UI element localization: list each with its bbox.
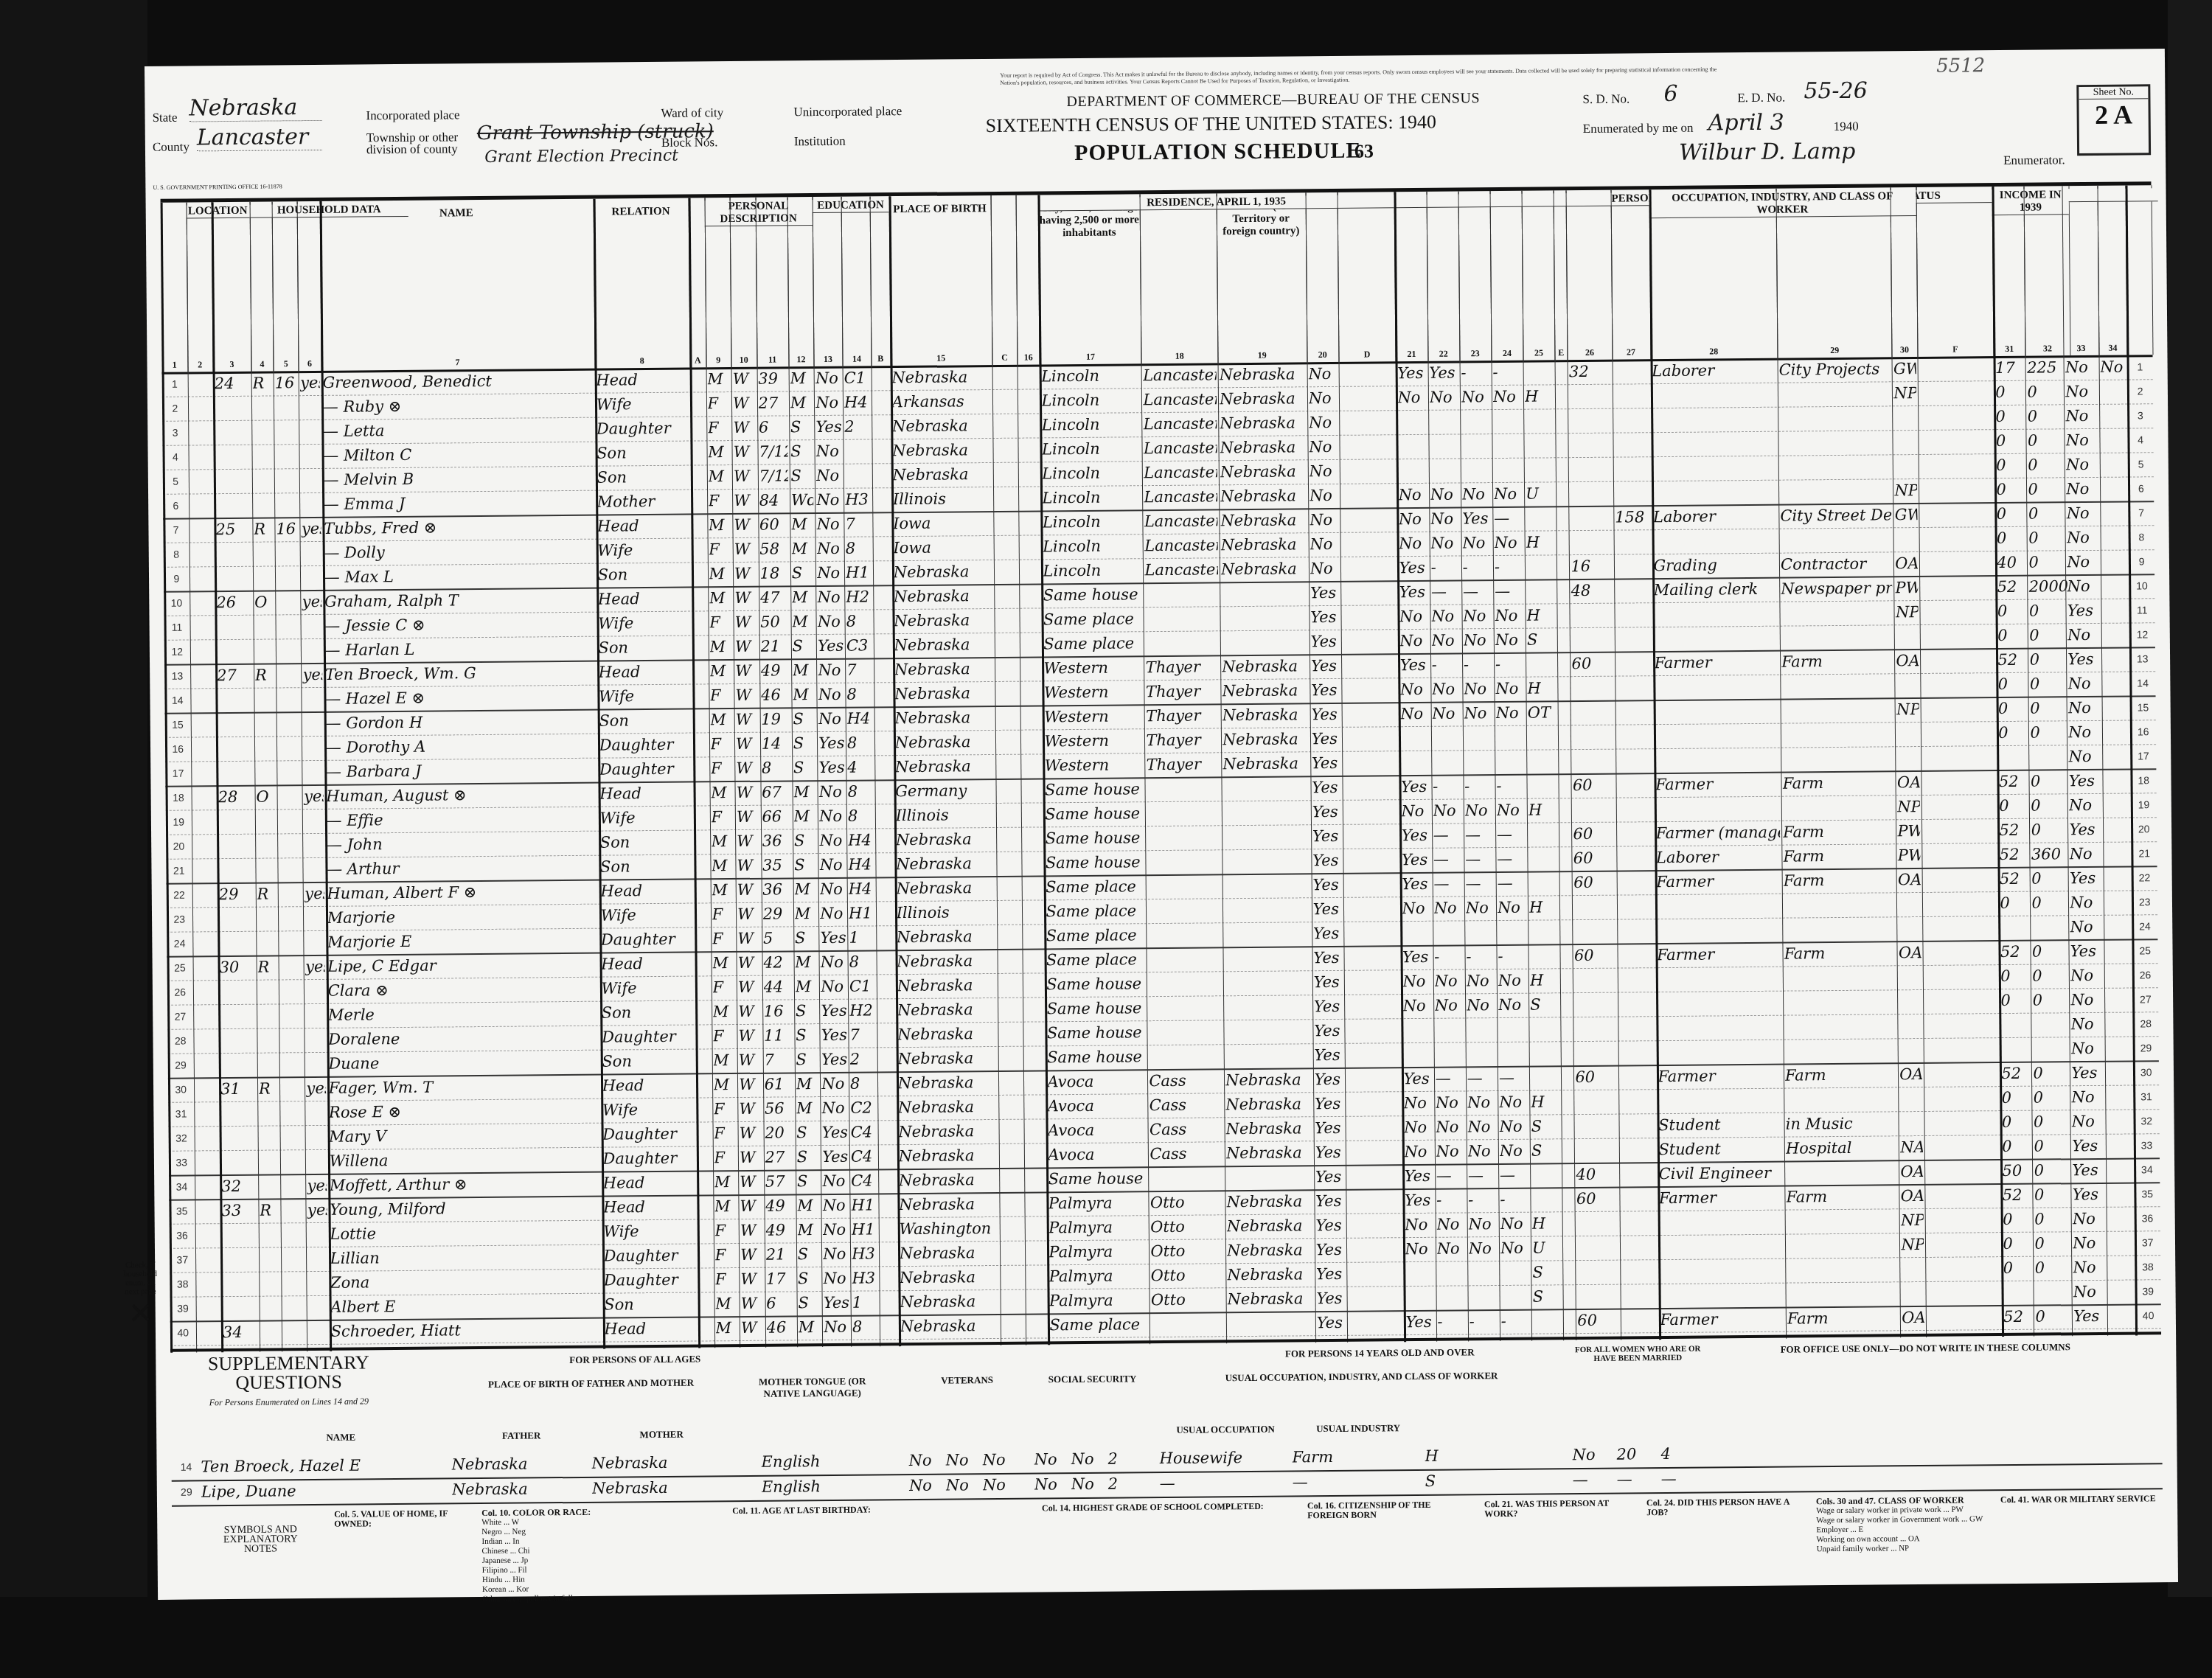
cell-c22: No bbox=[1433, 798, 1461, 823]
cell-res_county bbox=[1145, 630, 1219, 655]
cell-house bbox=[220, 980, 255, 1004]
cell-c24: No bbox=[1495, 701, 1524, 725]
supp-cell-father: Nebraska bbox=[452, 1477, 592, 1503]
cell-school: No bbox=[815, 391, 841, 415]
cell-line: 19 bbox=[2132, 793, 2155, 817]
cell-c21: No bbox=[1399, 629, 1428, 653]
cell-mar: M bbox=[795, 975, 818, 999]
cell-c21: Yes bbox=[1401, 775, 1430, 799]
cell-owned bbox=[257, 857, 276, 882]
cell-farm bbox=[302, 565, 321, 590]
cell-age: 44 bbox=[763, 975, 792, 999]
section-header: OCCUPATION, INDUSTRY, AND CLASS OF WORKE… bbox=[1649, 190, 1916, 218]
cell-owned bbox=[254, 541, 273, 565]
cell-race: W bbox=[736, 732, 759, 756]
cell-c31: 0 bbox=[1997, 502, 2025, 526]
cell-c32: 0 bbox=[2031, 866, 2073, 891]
cell-res_state: Nebraska bbox=[1220, 435, 1306, 460]
cell-res_county bbox=[1147, 776, 1220, 801]
cell-house: 30 bbox=[220, 955, 255, 980]
cell-ind bbox=[1784, 989, 1896, 1014]
cell-c27 bbox=[1620, 1113, 1655, 1138]
stamp-number: 5512 bbox=[1936, 55, 1985, 77]
cell-school: No bbox=[816, 439, 842, 464]
cell-sex: M bbox=[714, 1194, 737, 1219]
cell-c32 bbox=[2033, 1012, 2075, 1037]
supplementary-heading: SUPPLEMENTARY QUESTIONS bbox=[178, 1353, 399, 1393]
cell-res_state bbox=[1222, 630, 1308, 655]
cell-c26 bbox=[1571, 530, 1613, 554]
cell-birth: Nebraska bbox=[894, 633, 992, 658]
cell-farm bbox=[303, 711, 322, 736]
cell-c23: No bbox=[1461, 385, 1490, 409]
cell-cls: NP bbox=[1896, 600, 1919, 624]
cell-c22: - bbox=[1432, 652, 1461, 677]
cell-c27 bbox=[1616, 675, 1652, 700]
note-col16: Col. 16. CITIZENSHIP OF THE FOREIGN BORN bbox=[1307, 1500, 1470, 1520]
enumerated-year: 1940 bbox=[1834, 119, 1859, 134]
cell-c24: No bbox=[1499, 1115, 1528, 1139]
col-header-street: 2 bbox=[186, 202, 214, 372]
cell-name: Schroeder, Hiatt bbox=[330, 1317, 601, 1344]
supp-cell-occ: — bbox=[1160, 1470, 1293, 1496]
cell-c23: - bbox=[1463, 555, 1492, 579]
cell-c25 bbox=[1526, 457, 1554, 481]
cell-rel: Head bbox=[599, 660, 692, 685]
cell-ind bbox=[1781, 673, 1893, 698]
cell-res_city: Same house bbox=[1048, 1166, 1147, 1191]
cell-c34 bbox=[2101, 404, 2126, 428]
note-col30: Cols. 30 and 47. CLASS OF WORKERWage or … bbox=[1816, 1495, 1986, 1554]
cell-res_state: Nebraska bbox=[1222, 678, 1308, 703]
cell-owned bbox=[256, 736, 275, 760]
cell-occ: Laborer bbox=[1653, 504, 1778, 529]
cell-house bbox=[215, 469, 251, 493]
cell-res_city: Lincoln bbox=[1042, 461, 1141, 486]
note-col16-title: Col. 16. CITIZENSHIP OF THE FOREIGN BORN bbox=[1307, 1500, 1470, 1520]
cell-res_state: Nebraska bbox=[1220, 532, 1307, 557]
cell-res_county: Lancaster bbox=[1143, 363, 1217, 388]
cell-sex: M bbox=[709, 635, 732, 659]
cell-grade: 8 bbox=[846, 682, 872, 706]
cell-mar: S bbox=[796, 1048, 818, 1072]
cell-cls bbox=[1894, 430, 1917, 454]
cell-c26 bbox=[1576, 1138, 1618, 1163]
enumerated-date: April 3 bbox=[1708, 110, 1784, 136]
cell-c34 bbox=[2107, 1158, 2133, 1183]
col-header-res_state: STATE (or Territory or foreign country)1… bbox=[1216, 192, 1307, 363]
cell-cls: OA bbox=[1896, 649, 1919, 673]
cell-c22: No bbox=[1436, 1212, 1465, 1236]
cell-c27 bbox=[1615, 602, 1651, 627]
cell-race: W bbox=[738, 1024, 761, 1048]
section-header: EDUCATION bbox=[813, 199, 889, 213]
note-col21-title: Col. 21. WAS THIS PERSON AT WORK? bbox=[1484, 1498, 1632, 1519]
cell-age: 7 bbox=[764, 1048, 793, 1072]
cell-c21 bbox=[1398, 410, 1427, 434]
cell-c21: No bbox=[1401, 799, 1430, 824]
supp-cell-c49: 20 bbox=[1616, 1442, 1660, 1467]
col-number: 19 bbox=[1217, 349, 1307, 361]
cell-cls: OA bbox=[1899, 941, 1921, 965]
cell-ind: Contractor bbox=[1781, 551, 1893, 577]
cell-rel: Head bbox=[603, 1171, 696, 1196]
cell-birth: Nebraska bbox=[898, 1070, 997, 1096]
cell-c24 bbox=[1498, 1042, 1527, 1066]
cell-c33: No bbox=[2066, 501, 2098, 526]
cell-occ bbox=[1655, 796, 1780, 821]
cell-mar: M bbox=[791, 537, 814, 561]
cell-cls: OA bbox=[1902, 1306, 1924, 1330]
cell-c32 bbox=[2033, 1037, 2075, 1061]
cell-value bbox=[278, 736, 301, 760]
cell-c32: 0 bbox=[2028, 428, 2070, 453]
cell-cls: PW bbox=[1895, 576, 1918, 600]
cell-line: 31 bbox=[2135, 1085, 2158, 1109]
cell-age: 50 bbox=[760, 610, 789, 634]
mother-tongue-header: MOTHER TONGUE (OR NATIVE LANGUAGE) bbox=[746, 1375, 879, 1400]
cell-name: Graham, Ralph T bbox=[324, 588, 595, 614]
cell-school: No bbox=[816, 464, 842, 488]
cell-grade: H3 bbox=[845, 487, 871, 512]
cell-farm bbox=[307, 1125, 326, 1149]
cell-c27 bbox=[1620, 1089, 1655, 1113]
cell-c26 bbox=[1574, 992, 1616, 1017]
col-header-c34: 34 bbox=[2097, 186, 2128, 355]
cell-owned bbox=[253, 445, 272, 469]
cell-c24: No bbox=[1494, 531, 1523, 555]
cell-c32: 0 bbox=[2028, 501, 2070, 526]
supp-cell-c41: No bbox=[983, 1473, 1020, 1497]
cell-cls: OA bbox=[1898, 868, 1921, 892]
cell-race: W bbox=[737, 902, 760, 927]
cell-c21: No bbox=[1398, 483, 1427, 507]
col-number: 5 bbox=[273, 358, 299, 369]
cell-c27 bbox=[1619, 1040, 1655, 1065]
cell-line: 40 bbox=[2137, 1303, 2160, 1328]
cell-house bbox=[216, 542, 251, 566]
cell-res_state: Nebraska bbox=[1220, 386, 1306, 411]
cell-birth: Nebraska bbox=[894, 608, 992, 633]
cell-c23 bbox=[1461, 434, 1490, 458]
cell-cls: PW bbox=[1898, 843, 1921, 868]
cell-value bbox=[276, 590, 299, 614]
cell-c33: Yes bbox=[2067, 599, 2100, 623]
cell-c34 bbox=[2104, 818, 2130, 842]
cell-line: 18 bbox=[2132, 768, 2155, 793]
cell-school: No bbox=[822, 1169, 848, 1194]
cell-res_state bbox=[1224, 897, 1310, 922]
cell-c23 bbox=[1464, 725, 1493, 750]
supp-cell-c39: No bbox=[908, 1449, 945, 1473]
cell-c26 bbox=[1576, 1114, 1618, 1138]
cell-birth: Nebraska bbox=[894, 657, 993, 682]
cell-c26 bbox=[1573, 749, 1615, 773]
cell-age: 49 bbox=[761, 658, 790, 683]
cell-farm bbox=[308, 1295, 327, 1320]
cell-cls bbox=[1900, 1111, 1923, 1135]
cell-line: 10 bbox=[2131, 574, 2154, 598]
cell-c24 bbox=[1493, 434, 1522, 458]
cell-c33: No bbox=[2067, 623, 2100, 647]
cell-line: 6 bbox=[2129, 476, 2152, 501]
col-number: A bbox=[689, 355, 706, 366]
cell-c23: No bbox=[1466, 896, 1495, 920]
cell-value bbox=[279, 809, 302, 833]
cell-c27 bbox=[1618, 846, 1653, 870]
cell-age: 19 bbox=[761, 707, 790, 731]
cell-occ: Civil Engineer bbox=[1659, 1161, 1784, 1186]
cell-c33: Yes bbox=[2073, 1183, 2105, 1207]
cell-c22: No bbox=[1437, 1236, 1466, 1261]
cell-grade: 8 bbox=[847, 731, 873, 755]
cell-c33: Yes bbox=[2067, 647, 2100, 672]
cell-name: Tubbs, Fred ⊗ bbox=[324, 515, 594, 541]
cell-name: — Max L bbox=[324, 563, 595, 590]
cell-cls bbox=[1899, 1038, 1922, 1062]
cell-c24 bbox=[1500, 1285, 1529, 1309]
cell-c24: — bbox=[1497, 871, 1526, 896]
cell-rel: Daughter bbox=[597, 417, 689, 442]
cell-age: 17 bbox=[766, 1267, 795, 1291]
cross-mark-icon: ✕ bbox=[119, 1296, 163, 1331]
cell-farm35: Yes bbox=[1311, 654, 1340, 678]
cell-mar: M bbox=[796, 1072, 819, 1096]
cell-race: W bbox=[735, 683, 758, 708]
cell-c23: — bbox=[1468, 1163, 1497, 1188]
cell-school: Yes bbox=[822, 1145, 848, 1169]
cell-birth: Nebraska bbox=[894, 584, 992, 609]
cell-c33: Yes bbox=[2069, 818, 2101, 842]
cell-c31: 40 bbox=[1997, 551, 2025, 575]
cell-cls bbox=[1893, 405, 1916, 430]
cell-name: Young, Milford bbox=[330, 1196, 600, 1222]
cell-age: 20 bbox=[765, 1121, 793, 1145]
cell-birth: Washington bbox=[899, 1216, 998, 1242]
cell-value bbox=[282, 1149, 305, 1174]
cell-c23: No bbox=[1467, 993, 1495, 1017]
cell-occ bbox=[1660, 1283, 1784, 1308]
cell-sex: F bbox=[711, 756, 734, 781]
cell-c24: No bbox=[1495, 677, 1524, 701]
cell-c22: No bbox=[1431, 604, 1460, 628]
cell-farm bbox=[302, 541, 321, 565]
cell-race: W bbox=[740, 1121, 762, 1146]
cell-c33: No bbox=[2067, 526, 2099, 550]
cell-c23: - bbox=[1468, 1188, 1497, 1212]
cell-rel: Daughter bbox=[604, 1244, 697, 1269]
social-security-header: SOCIAL SECURITY bbox=[1033, 1373, 1151, 1385]
cell-line: 34 bbox=[2135, 1157, 2158, 1182]
schedule-title: POPULATION SCHEDULE bbox=[1074, 139, 1362, 166]
cell-value bbox=[275, 395, 298, 419]
cell-res_city: Western bbox=[1044, 728, 1143, 753]
cell-line: 18 bbox=[167, 785, 189, 810]
cell-value bbox=[279, 930, 302, 955]
cell-cls: OA bbox=[1897, 770, 1920, 795]
cell-c32: 225 bbox=[2027, 355, 2069, 380]
cell-c31 bbox=[1998, 745, 2027, 770]
cell-line: 10 bbox=[165, 591, 188, 616]
cell-cls bbox=[1894, 454, 1917, 478]
cell-c33: No bbox=[2073, 1231, 2105, 1256]
cell-c34 bbox=[2101, 453, 2126, 477]
cell-house bbox=[221, 1150, 257, 1174]
cell-value bbox=[277, 663, 300, 687]
township-correction: Grant Election Precinct bbox=[484, 147, 678, 167]
cell-c27 bbox=[1614, 456, 1649, 481]
cell-race: W bbox=[740, 1170, 762, 1194]
cell-farm35: Yes bbox=[1311, 678, 1340, 703]
cell-school: No bbox=[821, 975, 846, 999]
cell-race: W bbox=[734, 513, 757, 537]
cell-c24: No bbox=[1500, 1139, 1528, 1163]
cell-c26: 60 bbox=[1573, 871, 1615, 895]
cell-school: No bbox=[818, 610, 844, 634]
cell-age: 66 bbox=[762, 804, 790, 829]
cell-ind bbox=[1781, 527, 1893, 552]
cell-c32: 0 bbox=[2034, 1110, 2076, 1134]
enumerated-label: Enumerated by me on bbox=[1583, 121, 1694, 136]
cell-name: — Jessie C ⊗ bbox=[324, 612, 595, 638]
cell-race: W bbox=[738, 975, 761, 1000]
cell-c32: 0 bbox=[2034, 1134, 2076, 1158]
cell-value bbox=[279, 906, 302, 930]
cell-line: 28 bbox=[2135, 1012, 2157, 1036]
cell-c25: S bbox=[1531, 1114, 1559, 1138]
cell-sex: F bbox=[713, 1024, 736, 1048]
note-col11-title: Col. 11. AGE AT LAST BIRTHDAY: bbox=[732, 1504, 1027, 1516]
col-number: 30 bbox=[1892, 344, 1918, 355]
cell-c25 bbox=[1525, 408, 1554, 433]
cell-c24 bbox=[1496, 750, 1525, 774]
section-header: HOUSEHOLD DATA bbox=[249, 203, 408, 218]
cell-c24 bbox=[1498, 1017, 1527, 1042]
cell-owned bbox=[257, 930, 276, 955]
cell-res_county: Otto bbox=[1151, 1287, 1225, 1312]
cell-c22 bbox=[1435, 1017, 1464, 1042]
cell-owned bbox=[257, 809, 276, 833]
cell-c25 bbox=[1526, 554, 1555, 579]
cell-farm35: Yes bbox=[1315, 1068, 1343, 1092]
cell-name: Human, Albert F ⊗ bbox=[327, 880, 597, 906]
cell-farm35: Yes bbox=[1315, 1116, 1343, 1141]
cell-c25 bbox=[1533, 1309, 1562, 1333]
cell-farm35: Yes bbox=[1316, 1311, 1345, 1335]
cell-res_city: Palmyra bbox=[1048, 1215, 1147, 1240]
cell-farm bbox=[306, 1003, 325, 1028]
cell-sex: M bbox=[714, 1170, 737, 1194]
cell-farm bbox=[306, 1028, 325, 1052]
cell-c26 bbox=[1576, 1236, 1618, 1260]
cell-farm35: No bbox=[1309, 435, 1338, 459]
cell-value bbox=[281, 1125, 304, 1149]
cell-c25 bbox=[1531, 1041, 1559, 1065]
cell-value bbox=[282, 1198, 305, 1222]
cell-age: 21 bbox=[765, 1242, 794, 1267]
cell-value bbox=[281, 1052, 304, 1076]
supp-cell-c43: No bbox=[1071, 1472, 1108, 1497]
cell-farm bbox=[304, 809, 323, 833]
cell-c25 bbox=[1531, 1065, 1559, 1090]
supp-cell-name: Ten Broeck, Hazel E bbox=[201, 1452, 451, 1479]
cell-res_state: Nebraska bbox=[1225, 1068, 1312, 1093]
ed-label: E. D. No. bbox=[1737, 91, 1785, 106]
supp-cell-ind: Farm bbox=[1292, 1444, 1425, 1470]
cell-name: Lipe, C Edgar bbox=[327, 953, 598, 979]
cell-house: 25 bbox=[215, 518, 251, 542]
cell-mar: M bbox=[795, 950, 818, 975]
cell-c24 bbox=[1494, 458, 1523, 482]
cell-cls bbox=[1898, 892, 1921, 916]
cell-line: 27 bbox=[2134, 987, 2157, 1012]
cell-c32: 0 bbox=[2031, 891, 2073, 915]
cell-c25 bbox=[1531, 1187, 1560, 1211]
cell-grade: C4 bbox=[851, 1169, 877, 1193]
cell-res_county bbox=[1149, 1044, 1222, 1069]
cell-c24: — bbox=[1497, 823, 1526, 847]
cell-c23 bbox=[1469, 1285, 1498, 1309]
cell-line: 1 bbox=[164, 372, 187, 397]
cell-res_county bbox=[1147, 898, 1221, 923]
cell-rel: Head bbox=[604, 1317, 697, 1342]
cell-line: 23 bbox=[168, 907, 191, 931]
note-col24: Col. 24. DID THIS PERSON HAVE A JOB? bbox=[1646, 1497, 1801, 1517]
cell-res_state bbox=[1224, 922, 1310, 947]
cell-farm35: No bbox=[1308, 362, 1337, 386]
cell-c31: 52 bbox=[2001, 1062, 2030, 1086]
note-col5-title: Col. 5. VALUE OF HOME, IF OWNED: bbox=[334, 1508, 467, 1529]
supp-cell-mother: Nebraska bbox=[591, 1450, 731, 1476]
cell-res_county bbox=[1145, 582, 1219, 607]
cell-c25 bbox=[1528, 749, 1557, 773]
cell-c33: Yes bbox=[2073, 1304, 2106, 1329]
cell-school: No bbox=[819, 780, 845, 804]
cell-c27 bbox=[1621, 1211, 1656, 1235]
cell-c23: No bbox=[1467, 1090, 1496, 1115]
cell-name: Mary V bbox=[329, 1123, 599, 1149]
cell-sex: M bbox=[712, 951, 735, 975]
supp-cell-c39: No bbox=[909, 1474, 946, 1498]
cell-owned bbox=[260, 1247, 279, 1271]
cell-c23: Yes bbox=[1462, 506, 1491, 531]
cell-ind bbox=[1786, 1160, 1898, 1185]
cell-c27 bbox=[1621, 1138, 1656, 1162]
supp-cell-c50: 4 bbox=[1660, 1442, 1705, 1467]
cell-c25: H bbox=[1526, 530, 1555, 554]
cell-c27 bbox=[1621, 1259, 1657, 1284]
cell-res_city: Same place bbox=[1043, 607, 1142, 632]
cell-c32: 0 bbox=[2031, 793, 2073, 818]
cell-c32 bbox=[2035, 1280, 2077, 1304]
cell-line: 7 bbox=[2130, 501, 2153, 525]
cell-birth: Nebraska bbox=[896, 852, 995, 877]
cell-c23 bbox=[1461, 458, 1490, 482]
cell-c32: 0 bbox=[2035, 1256, 2077, 1280]
cell-birth: Iowa bbox=[893, 535, 992, 560]
cell-line: 35 bbox=[2136, 1182, 2159, 1206]
cell-name: — Hazel E ⊗ bbox=[325, 685, 596, 711]
cell-grade: H4 bbox=[849, 877, 874, 901]
cell-line: 4 bbox=[2129, 428, 2152, 452]
cell-race: W bbox=[739, 1073, 762, 1097]
cell-mar: S bbox=[794, 829, 817, 853]
cell-c33: Yes bbox=[2072, 1134, 2104, 1158]
cell-ind bbox=[1779, 381, 1891, 406]
cell-c21: Yes bbox=[1402, 872, 1430, 897]
cell-cls bbox=[1899, 1087, 1922, 1111]
col-number: 24 bbox=[1491, 348, 1523, 359]
